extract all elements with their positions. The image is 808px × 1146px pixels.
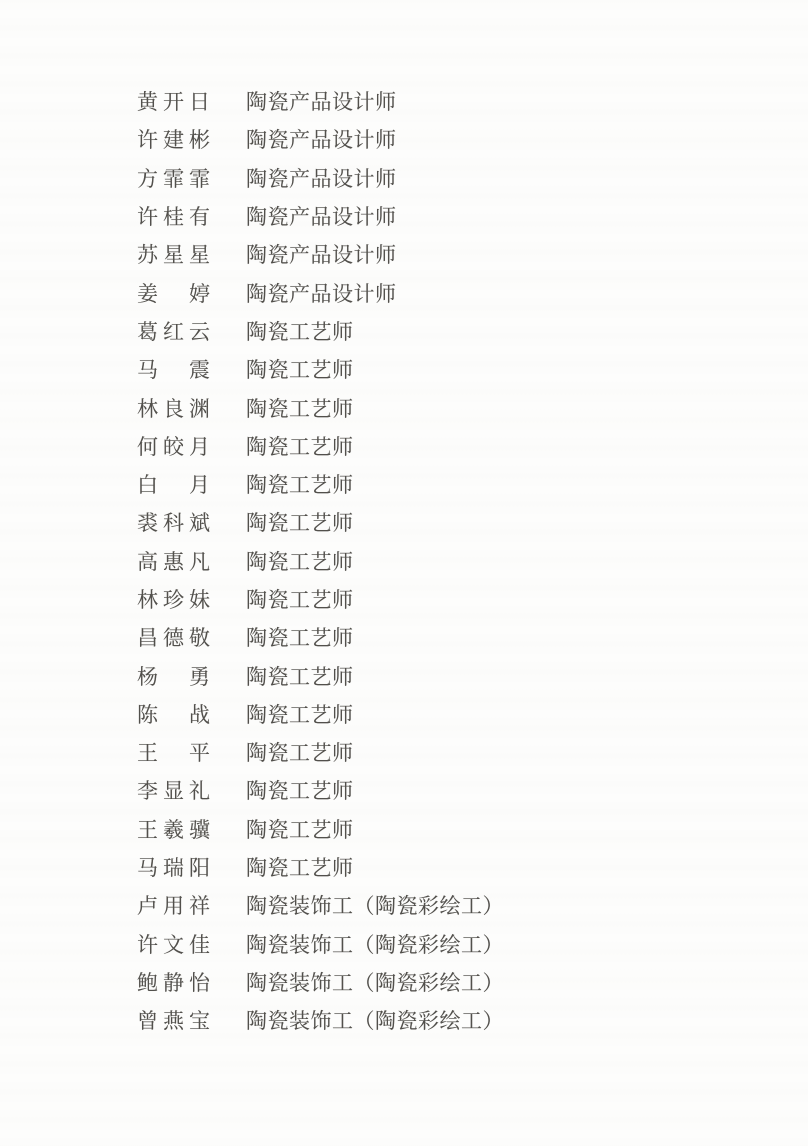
person-name: 白 月 [137, 469, 246, 499]
person-name: 马 震 [137, 354, 246, 384]
person-name: 王羲骥 [137, 814, 246, 844]
person-title: 陶瓷工艺师 [246, 316, 354, 346]
person-name: 苏星星 [137, 239, 246, 269]
table-row: 林良渊 陶瓷工艺师 [137, 388, 768, 426]
document-page: 黄开日 陶瓷产品设计师 许建彬 陶瓷产品设计师 方霏霏 陶瓷产品设计师 许桂有 … [0, 0, 808, 1146]
person-name: 曾燕宝 [137, 1005, 246, 1035]
table-row: 葛红云 陶瓷工艺师 [137, 312, 768, 350]
person-title: 陶瓷工艺师 [246, 469, 354, 499]
table-row: 姜 婷 陶瓷产品设计师 [137, 273, 768, 311]
person-title: 陶瓷产品设计师 [246, 201, 397, 231]
person-title: 陶瓷产品设计师 [246, 124, 397, 154]
person-title: 陶瓷工艺师 [246, 852, 354, 882]
table-row: 鲍静怡 陶瓷装饰工（陶瓷彩绘工） [137, 963, 768, 1001]
table-row: 杨 勇 陶瓷工艺师 [137, 656, 768, 694]
person-title: 陶瓷产品设计师 [246, 86, 397, 116]
person-name: 鲍静怡 [137, 967, 246, 997]
table-row: 陈 战 陶瓷工艺师 [137, 695, 768, 733]
person-name: 许桂有 [137, 201, 246, 231]
person-name: 林珍妹 [137, 584, 246, 614]
person-title: 陶瓷工艺师 [246, 622, 354, 652]
person-name: 裘科斌 [137, 507, 246, 537]
person-title: 陶瓷工艺师 [246, 699, 354, 729]
person-title: 陶瓷装饰工（陶瓷彩绘工） [246, 967, 504, 997]
person-name: 黄开日 [137, 86, 246, 116]
person-title: 陶瓷工艺师 [246, 431, 354, 461]
person-name: 林良渊 [137, 393, 246, 423]
table-row: 黄开日 陶瓷产品设计师 [137, 82, 768, 120]
person-title: 陶瓷装饰工（陶瓷彩绘工） [246, 1005, 504, 1035]
person-name: 许建彬 [137, 124, 246, 154]
person-name: 何皎月 [137, 431, 246, 461]
table-row: 马瑞阳 陶瓷工艺师 [137, 848, 768, 886]
person-name: 许文佳 [137, 929, 246, 959]
person-name: 李显礼 [137, 775, 246, 805]
table-row: 昌德敬 陶瓷工艺师 [137, 618, 768, 656]
person-name: 方霏霏 [137, 163, 246, 193]
person-title: 陶瓷产品设计师 [246, 239, 397, 269]
person-title: 陶瓷工艺师 [246, 775, 354, 805]
person-title: 陶瓷产品设计师 [246, 278, 397, 308]
person-name: 高惠凡 [137, 546, 246, 576]
table-row: 许建彬 陶瓷产品设计师 [137, 120, 768, 158]
table-row: 王羲骥 陶瓷工艺师 [137, 810, 768, 848]
person-title: 陶瓷产品设计师 [246, 163, 397, 193]
person-title: 陶瓷工艺师 [246, 737, 354, 767]
table-row: 苏星星 陶瓷产品设计师 [137, 235, 768, 273]
table-row: 裘科斌 陶瓷工艺师 [137, 503, 768, 541]
table-row: 高惠凡 陶瓷工艺师 [137, 542, 768, 580]
person-title: 陶瓷装饰工（陶瓷彩绘工） [246, 929, 504, 959]
person-name: 马瑞阳 [137, 852, 246, 882]
person-title: 陶瓷工艺师 [246, 814, 354, 844]
person-title: 陶瓷工艺师 [246, 661, 354, 691]
table-row: 曾燕宝 陶瓷装饰工（陶瓷彩绘工） [137, 1001, 768, 1039]
person-name: 昌德敬 [137, 622, 246, 652]
table-row: 白 月 陶瓷工艺师 [137, 465, 768, 503]
table-row: 马 震 陶瓷工艺师 [137, 350, 768, 388]
person-name: 姜 婷 [137, 278, 246, 308]
table-row: 林珍妹 陶瓷工艺师 [137, 580, 768, 618]
person-title: 陶瓷工艺师 [246, 393, 354, 423]
table-row: 许桂有 陶瓷产品设计师 [137, 197, 768, 235]
table-row: 卢用祥 陶瓷装饰工（陶瓷彩绘工） [137, 886, 768, 924]
person-name: 陈 战 [137, 699, 246, 729]
table-row: 李显礼 陶瓷工艺师 [137, 771, 768, 809]
person-name: 卢用祥 [137, 890, 246, 920]
person-name: 葛红云 [137, 316, 246, 346]
person-title: 陶瓷工艺师 [246, 354, 354, 384]
person-title: 陶瓷装饰工（陶瓷彩绘工） [246, 890, 504, 920]
person-name: 王 平 [137, 737, 246, 767]
person-name: 杨 勇 [137, 661, 246, 691]
roster-list: 黄开日 陶瓷产品设计师 许建彬 陶瓷产品设计师 方霏霏 陶瓷产品设计师 许桂有 … [137, 82, 768, 1039]
table-row: 许文佳 陶瓷装饰工（陶瓷彩绘工） [137, 925, 768, 963]
person-title: 陶瓷工艺师 [246, 584, 354, 614]
table-row: 王 平 陶瓷工艺师 [137, 733, 768, 771]
table-row: 何皎月 陶瓷工艺师 [137, 427, 768, 465]
person-title: 陶瓷工艺师 [246, 507, 354, 537]
person-title: 陶瓷工艺师 [246, 546, 354, 576]
table-row: 方霏霏 陶瓷产品设计师 [137, 159, 768, 197]
